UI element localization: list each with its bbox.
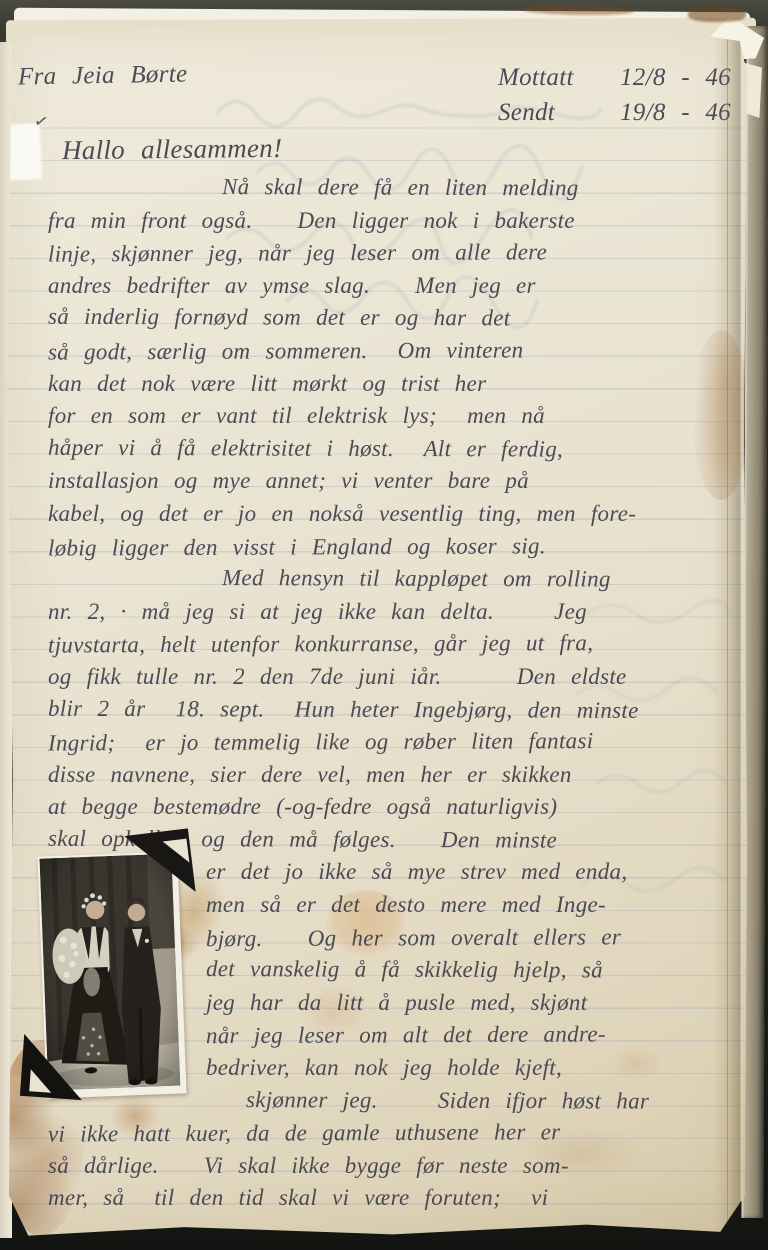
letter-line: nr. 2, · må jeg si at jeg ikke kan delta… (48, 596, 738, 629)
letter-page: Fra Jeia Børte Mottatt 12/8 - 46 Sendt 1… (6, 24, 750, 1238)
letter-line: vi ikke hatt kuer, da de gamle uthusene … (48, 1116, 738, 1152)
attached-photograph (37, 851, 186, 1098)
letter-line: er det jo ikke så mye strev med enda, (206, 856, 738, 889)
checkmark: ✓ (32, 111, 50, 134)
page-fold-shading (714, 24, 742, 1238)
letter-line: disse navnene, sier dere vel, men her er… (48, 759, 738, 792)
letter-line: andres bedrifter av ymse slag. Men jeg e… (48, 270, 738, 303)
received-row: Mottatt 12/8 - 46 (498, 60, 731, 95)
letter-line: når jeg leser om alt det dere andre- (206, 1018, 738, 1053)
letter-line: Ingrid; er jo temmelig like og røber lit… (48, 725, 738, 761)
letter-line: linje, skjønner jeg, når jeg leser om al… (48, 236, 738, 272)
letter-line: tjuvstarta, helt utenfor konkurranse, gå… (48, 627, 738, 663)
letter-line: så inderlig fornøyd som det er og har de… (48, 301, 738, 336)
letter-line: blir 2 år 18. sept. Hun heter Ingebjørg,… (48, 692, 738, 727)
greeting-line: Hallo allesammen! (62, 133, 283, 166)
sender-line: Fra Jeia Børte (18, 61, 188, 92)
letter-line: det vanskelig å få skikkelig hjelp, så (206, 953, 738, 987)
letter-line: installasjon og mye annet; vi venter bar… (48, 465, 738, 498)
letter-line: og fikk tulle nr. 2 den 7de juni iår. De… (48, 661, 738, 694)
photograph-image (39, 854, 180, 1091)
letter-line: kan det nok være litt mørkt og trist her (48, 368, 738, 401)
received-label: Mottatt (498, 60, 620, 95)
received-sent-block: Mottatt 12/8 - 46 Sendt 19/8 - 46 (498, 60, 731, 130)
tape-patch (6, 123, 42, 181)
letter-line: jeg har da litt å pusle med, skjønt (206, 987, 738, 1020)
letter-line: at begge bestemødre (-og-fedre også natu… (48, 791, 738, 824)
letter-line: kabel, og det er jo en nokså vesentlig t… (48, 498, 738, 531)
letter-line: fra min front også. Den ligger nok i bak… (48, 205, 738, 238)
letter-line: for en som er vant til elektrisk lys; me… (48, 400, 738, 433)
letter-line: så godt, særlig om sommeren. Om vinteren (48, 333, 738, 369)
letter-line: Nå skal dere få en liten melding (222, 171, 738, 205)
sent-label: Sendt (498, 95, 620, 130)
page-fold-crease (727, 24, 728, 1238)
letter-line: mer, så til den tid skal vi være foruten… (48, 1182, 738, 1215)
letter-line: Med hensyn til kappløpet om rolling (222, 562, 738, 596)
letter-line: håper vi å få elektrisitet i høst. Alt e… (48, 432, 738, 467)
letter-line: løbig ligger den visst i England og kose… (48, 529, 738, 565)
letter-line: bedriver, kan nok jeg holde kjeft, (206, 1052, 738, 1085)
scanned-letter-scene: Fra Jeia Børte Mottatt 12/8 - 46 Sendt 1… (0, 0, 768, 1250)
letter-line: bjørg. Og her som overalt ellers er (206, 920, 738, 955)
top-edge-stain (688, 7, 746, 22)
letter-line: skjønner jeg. Siden ifjor høst har (246, 1084, 738, 1118)
letter-line: så dårlige. Vi skal ikke bygge før neste… (48, 1150, 738, 1183)
sent-row: Sendt 19/8 - 46 (498, 95, 731, 130)
letter-line: men så er det desto mere med Inge- (206, 889, 738, 922)
